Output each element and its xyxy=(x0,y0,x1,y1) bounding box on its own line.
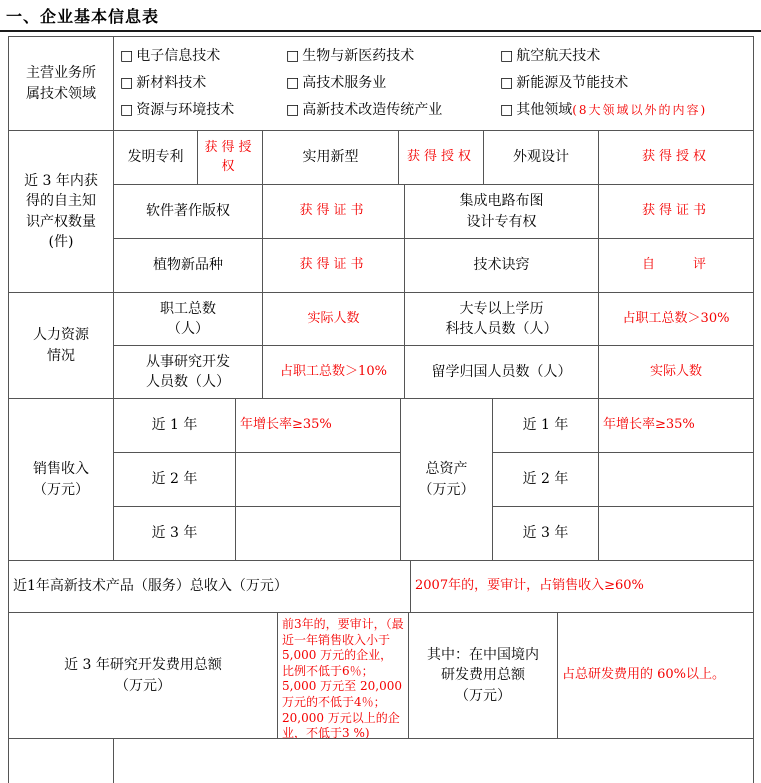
hr-row-total-staff: 职工总数 （人） 实际人数 大专以上学历 科技人员数（人） 占职工总数＞30% xyxy=(114,293,754,346)
empty-cell xyxy=(114,739,754,783)
total-assets-label-cell: 总资产 （万元） xyxy=(401,399,493,561)
technical-knowhow-label: 技术诀窍 xyxy=(405,239,599,293)
tech-field-label: 生物与新医药技术 xyxy=(302,43,414,70)
sales-year-row: 近 2 年 xyxy=(114,453,401,507)
sales-year3-label: 近 3 年 xyxy=(114,507,236,561)
software-copyright-value: 获得证书 xyxy=(263,185,405,239)
tech-field-label: 新能源及节能技术 xyxy=(516,70,628,97)
rd-china-value: 占总研发费用的 60%以上。 xyxy=(558,613,754,739)
sales-income-rows: 近 1 年 年增长率≥35% 近 2 年 近 3 年 xyxy=(114,399,401,561)
rd-expense-note: 前3年的，要审计，（最近一年销售收入小于 5,000 万元的企业，比例不低于6％… xyxy=(278,613,409,739)
tech-domain-section: 主营业务所 属技术领域 □电子信息技术 □生物与新医药技术 □航空航天技术 □新… xyxy=(9,37,754,131)
checkbox-icon[interactable]: □ xyxy=(120,43,133,70)
technical-knowhow-value: 自 评 xyxy=(599,239,754,293)
hr-rows: 职工总数 （人） 实际人数 大专以上学历 科技人员数（人） 占职工总数＞30% … xyxy=(114,293,754,399)
assets-year-row: 近 1 年 年增长率≥35% xyxy=(493,399,754,453)
college-staff-label: 大专以上学历 科技人员数（人） xyxy=(405,293,599,346)
hightech-income-label: 近1年高新技术产品（服务）总收入（万元） xyxy=(9,561,411,613)
plant-variety-label: 植物新品种 xyxy=(114,239,263,293)
bottom-empty-row xyxy=(9,739,754,783)
checkbox-icon[interactable]: □ xyxy=(120,70,133,97)
checkbox-icon[interactable]: □ xyxy=(500,97,513,124)
tech-field-label: 其他领域 xyxy=(516,97,572,124)
tech-domain-checkbox-area: □电子信息技术 □生物与新医药技术 □航空航天技术 □新材料技术 □高技术服务业… xyxy=(114,37,754,131)
utility-model-value: 获得授权 xyxy=(399,131,484,185)
title-underline: 一、企业基本信息表 xyxy=(0,4,761,32)
enterprise-info-table: 主营业务所 属技术领域 □电子信息技术 □生物与新医药技术 □航空航天技术 □新… xyxy=(8,36,754,783)
hightech-income-value: 2007年的，要审计，占销售收入≥60% xyxy=(411,561,754,613)
ip-rows: 发明专利 获得授权 实用新型 获得授权 外观设计 获得授权 软件著作版权 获得证… xyxy=(114,131,754,293)
returnee-staff-label: 留学归国人员数（人） xyxy=(405,346,599,399)
checkbox-icon[interactable]: □ xyxy=(500,43,513,70)
checkbox-icon[interactable]: □ xyxy=(500,70,513,97)
checkbox-icon[interactable]: □ xyxy=(120,97,133,124)
tech-field-item: □新材料技术 xyxy=(120,70,286,97)
assets-year-row: 近 3 年 xyxy=(493,507,754,561)
total-staff-label: 职工总数 （人） xyxy=(114,293,263,346)
hightech-income-row: 近1年高新技术产品（服务）总收入（万元） 2007年的，要审计，占销售收入≥60… xyxy=(9,561,754,613)
sales-year3-value xyxy=(236,507,401,561)
tech-field-label: 新材料技术 xyxy=(136,70,206,97)
sales-year2-value xyxy=(236,453,401,507)
document-page: 一、企业基本信息表 主营业务所 属技术领域 □电子信息技术 □生物与新医药技术 … xyxy=(0,0,761,783)
sales-year-row: 近 1 年 年增长率≥35% xyxy=(114,399,401,453)
tech-field-item: □其他领域(8大领域以外的内容) xyxy=(500,97,751,124)
ic-layout-value: 获得证书 xyxy=(599,185,754,239)
assets-year2-label: 近 2 年 xyxy=(493,453,599,507)
tech-field-item: □航空航天技术 xyxy=(500,43,751,70)
software-copyright-label: 软件著作版权 xyxy=(114,185,263,239)
sales-income-label-cell: 销售收入 （万元） xyxy=(9,399,114,561)
empty-cell xyxy=(9,739,114,783)
tech-field-label: 电子信息技术 xyxy=(136,43,220,70)
rd-china-label: 其中：在中国境内 研发费用总额 （万元） xyxy=(409,613,558,739)
invention-patent-label: 发明专利 xyxy=(114,131,198,185)
page-title: 一、企业基本信息表 xyxy=(0,4,761,27)
ic-layout-label: 集成电路布图 设计专有权 xyxy=(405,185,599,239)
other-domain-note: (8大领域以外的内容) xyxy=(572,97,707,124)
assets-year1-value: 年增长率≥35% xyxy=(599,399,754,453)
ip-row-patents: 发明专利 获得授权 实用新型 获得授权 外观设计 获得授权 xyxy=(114,131,754,185)
tech-field-label: 资源与环境技术 xyxy=(136,97,234,124)
total-assets-rows: 近 1 年 年增长率≥35% 近 2 年 近 3 年 xyxy=(493,399,754,561)
ip-section: 近 3 年内获 得的自主知 识产权数量 (件) 发明专利 获得授权 实用新型 获… xyxy=(9,131,754,293)
hr-section: 人力资源 情况 职工总数 （人） 实际人数 大专以上学历 科技人员数（人） 占职… xyxy=(9,293,754,399)
invention-patent-value: 获得授权 xyxy=(198,131,263,185)
rd-staff-value: 占职工总数＞10% xyxy=(263,346,405,399)
sales-year1-label: 近 1 年 xyxy=(114,399,236,453)
tech-domain-label-cell: 主营业务所 属技术领域 xyxy=(9,37,114,131)
tech-field-item: □生物与新医药技术 xyxy=(286,43,500,70)
tech-field-item: □高技术服务业 xyxy=(286,70,500,97)
finance-section: 销售收入 （万元） 近 1 年 年增长率≥35% 近 2 年 近 3 年 总资产… xyxy=(9,399,754,561)
rd-expense-label: 近 3 年研究开发费用总额 （万元） xyxy=(9,613,278,739)
tech-domain-row: □新材料技术 □高技术服务业 □新能源及节能技术 xyxy=(120,70,751,97)
hr-section-label-cell: 人力资源 情况 xyxy=(9,293,114,399)
assets-year3-label: 近 3 年 xyxy=(493,507,599,561)
ip-row-plant: 植物新品种 获得证书 技术诀窍 自 评 xyxy=(114,239,754,293)
sales-year-row: 近 3 年 xyxy=(114,507,401,561)
design-patent-label: 外观设计 xyxy=(484,131,599,185)
tech-field-label: 航空航天技术 xyxy=(516,43,600,70)
ip-section-label-cell: 近 3 年内获 得的自主知 识产权数量 (件) xyxy=(9,131,114,293)
returnee-staff-value: 实际人数 xyxy=(599,346,754,399)
utility-model-label: 实用新型 xyxy=(263,131,399,185)
sales-year1-value: 年增长率≥35% xyxy=(236,399,401,453)
hr-row-rd-staff: 从事研究开发 人员数（人） 占职工总数＞10% 留学归国人员数（人） 实际人数 xyxy=(114,346,754,399)
tech-domain-row: □资源与环境技术 □高新技术改造传统产业 □其他领域(8大领域以外的内容) xyxy=(120,97,751,124)
rd-expense-row: 近 3 年研究开发费用总额 （万元） 前3年的，要审计，（最近一年销售收入小于 … xyxy=(9,613,754,739)
tech-field-label: 高新技术改造传统产业 xyxy=(302,97,442,124)
tech-field-label: 高技术服务业 xyxy=(302,70,386,97)
assets-year1-label: 近 1 年 xyxy=(493,399,599,453)
tech-domain-row: □电子信息技术 □生物与新医药技术 □航空航天技术 xyxy=(120,43,751,70)
checkbox-icon[interactable]: □ xyxy=(286,43,299,70)
tech-field-item: □电子信息技术 xyxy=(120,43,286,70)
plant-variety-value: 获得证书 xyxy=(263,239,405,293)
rd-staff-label: 从事研究开发 人员数（人） xyxy=(114,346,263,399)
assets-year-row: 近 2 年 xyxy=(493,453,754,507)
college-staff-value: 占职工总数＞30% xyxy=(599,293,754,346)
total-staff-value: 实际人数 xyxy=(263,293,405,346)
tech-field-item: □高新技术改造传统产业 xyxy=(286,97,500,124)
assets-year2-value xyxy=(599,453,754,507)
sales-year2-label: 近 2 年 xyxy=(114,453,236,507)
ip-row-copyright: 软件著作版权 获得证书 集成电路布图 设计专有权 获得证书 xyxy=(114,185,754,239)
checkbox-icon[interactable]: □ xyxy=(286,70,299,97)
checkbox-icon[interactable]: □ xyxy=(286,97,299,124)
design-patent-value: 获得授权 xyxy=(599,131,754,185)
assets-year3-value xyxy=(599,507,754,561)
tech-field-item: □新能源及节能技术 xyxy=(500,70,751,97)
tech-field-item: □资源与环境技术 xyxy=(120,97,286,124)
